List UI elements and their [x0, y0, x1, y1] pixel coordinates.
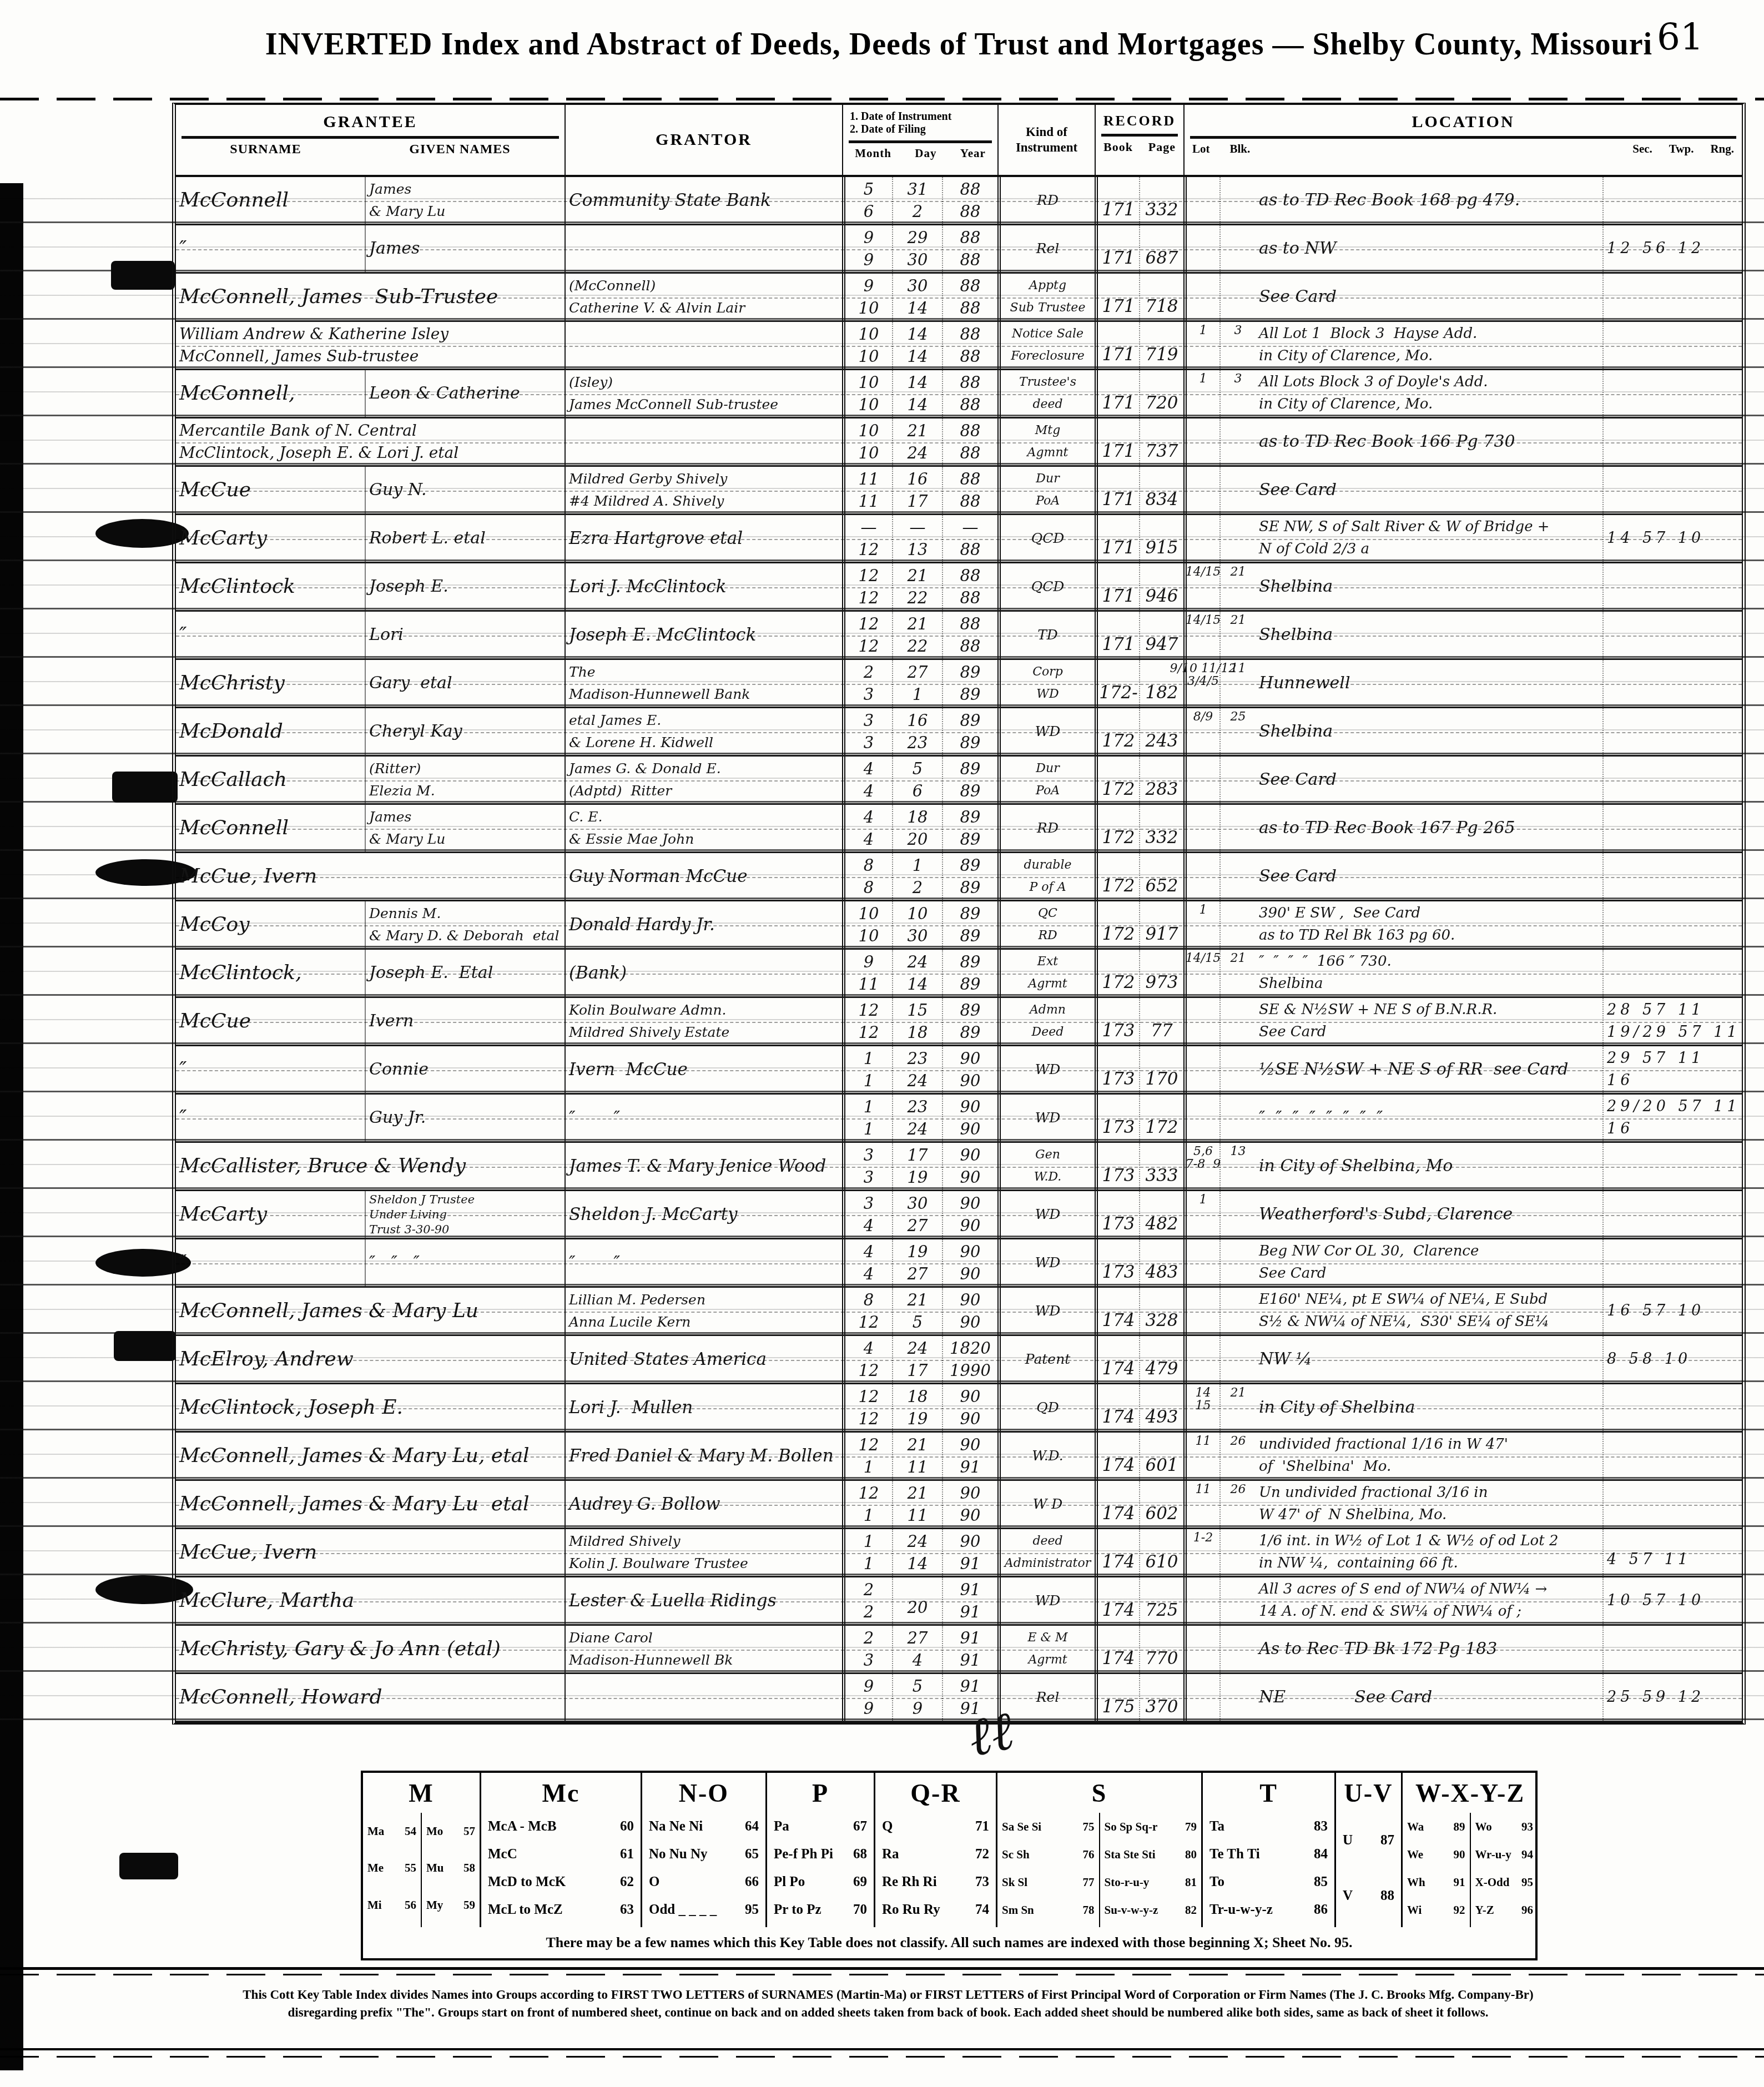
table-row: McClintock,Joseph E. Etal(Bank)911241489…: [176, 950, 1742, 998]
kind-line: Sub Trustee: [1010, 301, 1086, 314]
key-entry: U87: [1336, 1833, 1401, 1848]
key-entry-number: 92: [1454, 1903, 1465, 1917]
date-instrument-value: 21: [908, 1436, 928, 1454]
key-group-columns: U87V88: [1336, 1813, 1401, 1927]
location-line: undivided fractional 1/16 in W 47': [1259, 1437, 1599, 1453]
kind-of-instrument: QD: [997, 1384, 1095, 1431]
date-filing-value: 10: [859, 348, 879, 365]
kind-line: TD: [1037, 628, 1058, 643]
sec-twp-rng: 29 57 1116: [1602, 1046, 1750, 1093]
location-line: Un undivided fractional 3/16 in: [1259, 1485, 1599, 1501]
date-year: 8989: [942, 805, 997, 851]
key-entry: Me55: [363, 1861, 421, 1875]
grantor: Community State Bank: [565, 177, 842, 224]
key-entry-number: 68: [853, 1847, 867, 1862]
grantor-line: (Isley): [569, 375, 839, 390]
date-month: 121: [842, 1433, 892, 1479]
record-book: 173: [1095, 998, 1139, 1045]
date-year: —88: [942, 515, 997, 562]
blk: [1219, 757, 1256, 803]
kind-line: WD: [1035, 1207, 1061, 1222]
date-filing-value: 10: [859, 927, 879, 945]
blk: 3: [1219, 370, 1256, 417]
grantor: Ivern McCue: [565, 1046, 842, 1093]
date-day: 1414: [892, 370, 942, 417]
key-entry-label: Me: [367, 1861, 384, 1875]
key-entry: Ma54: [363, 1824, 421, 1838]
key-entry-number: 61: [620, 1847, 634, 1862]
record-page: 725: [1139, 1577, 1183, 1624]
date-filing-value: 2: [913, 879, 923, 896]
kind-line: W.D.: [1034, 1171, 1062, 1183]
grantee-line: McConnell, James & Mary Lu, etal: [179, 1445, 561, 1466]
key-entry: Na Ne Ni64: [642, 1819, 765, 1834]
date-filing-value: 1: [864, 1555, 874, 1572]
grantee-given-names: ″ ″ ″: [365, 1239, 565, 1286]
page-value: 333: [1145, 1167, 1178, 1185]
key-entry-number: 67: [853, 1819, 867, 1834]
grantee-surname: McCoy: [176, 901, 365, 948]
location-text: as to TD Rec Book 166 Pg 730: [1256, 419, 1602, 465]
kind-line: P of A: [1029, 881, 1066, 894]
date-filing-value: 10: [859, 396, 879, 414]
date-year: 8888: [942, 419, 997, 465]
page-value: 718: [1145, 298, 1178, 316]
grantor: TheMadison-Hunnewell Bank: [565, 660, 842, 707]
date-instrument-value: 27: [908, 664, 928, 681]
grantor: Fred Daniel & Mary M. Bollen: [565, 1433, 842, 1479]
key-entry-number: 74: [975, 1902, 989, 1918]
col-header-book: Book: [1103, 140, 1133, 154]
sec-twp-rng: 28 57 1119/29 57 11: [1602, 998, 1750, 1045]
date-instrument-value: 4: [864, 1340, 874, 1357]
lot-value: 14: [1196, 1387, 1211, 1399]
punch-hole-mark: [114, 1331, 176, 1361]
kind-line: Gen: [1035, 1148, 1060, 1161]
location-text: in City of Shelbina, Mo: [1256, 1143, 1602, 1189]
date-year: 8888: [942, 370, 997, 417]
blk-value: 25: [1231, 710, 1246, 723]
key-entry-label: Ta: [1209, 1819, 1224, 1834]
grantee-given-names: Gary etal: [365, 660, 565, 707]
date-instrument-value: 89: [960, 664, 981, 681]
sec-twp-rng: [1602, 1384, 1750, 1431]
grantor: etal James E.& Lorene H. Kidwell: [565, 708, 842, 755]
page-value: 947: [1145, 636, 1178, 654]
grantee-name: McClure, Martha: [176, 1577, 565, 1624]
key-column: Sa Se Si75Sc Sh76Sk Sl77Sm Sn78: [997, 1813, 1099, 1927]
record-book: 174: [1095, 1529, 1139, 1576]
page-value: 172: [1145, 1118, 1178, 1137]
date-filing-value: 90: [960, 1410, 981, 1428]
date-instrument-value: 9: [864, 1678, 874, 1695]
kind-of-instrument: Patent: [997, 1336, 1095, 1383]
book-value: 171: [1102, 491, 1135, 509]
date-filing-value: 4: [864, 1266, 874, 1283]
book-value: 173: [1102, 1118, 1135, 1137]
surname-text: McChristy: [179, 673, 361, 694]
sec-twp-rng: [1602, 177, 1750, 224]
date-filing-value: 91: [960, 1459, 981, 1476]
kind-line: Agrmt: [1028, 977, 1067, 990]
key-entry-number: 95: [1521, 1876, 1533, 1889]
lot: 5,67-8 9: [1183, 1143, 1219, 1189]
record-page: 770: [1139, 1626, 1183, 1672]
location-line: See Card: [1259, 1266, 1599, 1282]
key-group-u-v: U-VU87V88: [1334, 1773, 1401, 1927]
table-row: ″ConnieIvern McCue1123249090WD173170½SE …: [176, 1046, 1742, 1095]
grantee-surname: ″: [176, 1239, 365, 1286]
date-instrument-value: 90: [960, 1485, 981, 1502]
date-instrument-value: 30: [908, 1195, 928, 1212]
fine-print-line-1: This Cott Key Table Index divides Names …: [183, 1986, 1593, 2004]
blk: 13: [1219, 1143, 1256, 1189]
date-year: 9090: [942, 1481, 997, 1528]
key-entry-number: 57: [463, 1824, 475, 1838]
date-instrument-value: 10: [859, 326, 879, 343]
grantor-line: Lester & Luella Ridings: [569, 1592, 839, 1610]
date-month: 44: [842, 757, 892, 803]
date-filing-value: 30: [908, 927, 928, 945]
location-line: Shelbina: [1259, 976, 1599, 992]
lot-value: 11: [1196, 1435, 1211, 1448]
key-entry-label: McD to McK: [488, 1874, 566, 1890]
key-entry-label: Su-v-w-y-z: [1105, 1903, 1158, 1917]
lot: [1183, 805, 1219, 851]
key-entry-label: V: [1343, 1888, 1353, 1904]
date-filing-value: 11: [859, 976, 879, 993]
blk-value: 3: [1234, 372, 1242, 385]
date-filing-value: 90: [960, 1169, 981, 1186]
grantor: Donald Hardy Jr.: [565, 901, 842, 948]
date-year: 9090: [942, 1384, 997, 1431]
record-book: 172: [1095, 901, 1139, 948]
key-entry-number: 73: [975, 1874, 989, 1890]
date-filing-value: 14: [908, 396, 928, 414]
grantor-line: Donald Hardy Jr.: [569, 916, 839, 934]
grantee-surname: McClintock: [176, 563, 365, 610]
kind-of-instrument: CorpWD: [997, 660, 1095, 707]
table-row: McCue, IvernMildred ShivelyKolin J. Boul…: [176, 1529, 1742, 1577]
key-entry: Pl Po69: [767, 1874, 874, 1890]
record-book: 171: [1095, 612, 1139, 658]
location-line: as to TD Rec Book 168 pg 479.: [1259, 191, 1599, 209]
date-filing-value: 89: [960, 976, 981, 993]
blk: 11: [1219, 660, 1256, 707]
blk: [1219, 1336, 1256, 1383]
page-number: 61: [1657, 16, 1703, 58]
table-row: McCueIvernKolin Boulware Admn.Mildred Sh…: [176, 998, 1742, 1046]
date-year: 8989: [942, 853, 997, 900]
table-row: McCoyDennis M.& Mary D. & Deborah etalDo…: [176, 901, 1742, 950]
record-page: 370: [1139, 1674, 1183, 1721]
kind-of-instrument: WD: [997, 1191, 1095, 1238]
location-text: ″ ″ ″ ″ 166 ″ 730.Shelbina: [1256, 950, 1602, 996]
grantee-given-names: Lori: [365, 612, 565, 658]
table-row: McClintock, Joseph E.Lori J. Mullen12121…: [176, 1384, 1742, 1433]
grantor-line: Madison-Hunnewell Bk: [569, 1653, 839, 1668]
grantee-given-names: Leon & Catherine: [365, 370, 565, 417]
key-entry: McL to McZ63: [481, 1902, 641, 1918]
date-filing-value: 90: [960, 1507, 981, 1524]
blk-value: 21: [1231, 1387, 1246, 1399]
date-instrument-value: 90: [960, 1436, 981, 1454]
key-column: Pa67Pe-f Ph Pi68Pl Po69Pr to Pz70: [767, 1813, 874, 1927]
location-text: E160' NE¼, pt E SW¼ of NE¼, E SubdS½ & N…: [1256, 1288, 1602, 1334]
key-entry-number: 86: [1314, 1902, 1328, 1918]
grantee-name: McChristy, Gary & Jo Ann (etal): [176, 1626, 565, 1672]
kind-of-instrument: WD: [997, 708, 1095, 755]
location-line: as to TD Rec Book 166 Pg 730: [1259, 433, 1599, 451]
key-entry-number: 60: [620, 1819, 634, 1834]
date-filing-value: 3: [864, 686, 874, 703]
page-value: 610: [1145, 1553, 1178, 1571]
record-page: 719: [1139, 322, 1183, 369]
page-value: 77: [1151, 1022, 1172, 1040]
key-entry-label: Sm Sn: [1002, 1903, 1034, 1917]
key-entry: Ra72: [875, 1847, 996, 1862]
date-filing-value: 11: [908, 1459, 928, 1476]
location-line: As to Rec TD Bk 172 Pg 183: [1259, 1640, 1599, 1658]
record-book: 173: [1095, 1191, 1139, 1238]
kind-line: Mtg: [1035, 424, 1060, 437]
grantee-line: McClure, Martha: [179, 1590, 561, 1611]
col-header-month: Month: [855, 147, 891, 160]
divider: [1190, 136, 1736, 139]
key-column: Mo57Mu58My59: [421, 1813, 480, 1927]
date-instrument-value: 88: [960, 326, 981, 343]
date-filing-value: 12: [859, 638, 879, 655]
date-day: 215: [892, 1288, 942, 1334]
key-column: Wo93Wr-u-y94X-Odd95Y-Z96: [1470, 1813, 1538, 1927]
grantee-surname: McCallach: [176, 757, 365, 803]
location-line: NW ¼: [1259, 1350, 1599, 1368]
col-header-twp: Twp.: [1669, 142, 1694, 156]
lot: 1: [1183, 322, 1219, 369]
key-entry-label: Ro Ru Ry: [882, 1902, 940, 1918]
location-text: Shelbina: [1256, 708, 1602, 755]
surname-text: McClintock: [179, 576, 361, 597]
record-book: 175: [1095, 1674, 1139, 1721]
record-page: 283: [1139, 757, 1183, 803]
location-line: 390' E SW , See Card: [1259, 906, 1599, 921]
date-instrument-value: 12: [859, 567, 879, 584]
date-day: 1518: [892, 998, 942, 1045]
date-month: 11: [842, 1095, 892, 1141]
date-instrument-value: —: [910, 519, 926, 536]
table-row: William Andrew & Katherine IsleyMcConnel…: [176, 322, 1742, 370]
record-page: 172: [1139, 1095, 1183, 1141]
record-page: 946: [1139, 563, 1183, 610]
key-entry-label: Mo: [426, 1824, 443, 1838]
date-instrument-value: 17: [908, 1147, 928, 1164]
record-page: 737: [1139, 419, 1183, 465]
lot: [1183, 998, 1219, 1045]
kind-line: Administrator: [1005, 1557, 1091, 1570]
record-page: 170: [1139, 1046, 1183, 1093]
date-day: 1819: [892, 1384, 942, 1431]
grantor: Diane CarolMadison-Hunnewell Bk: [565, 1626, 842, 1672]
key-entry-number: 54: [405, 1824, 416, 1838]
grantee-name: McConnell, Howard: [176, 1674, 565, 1721]
sec-twp-rng: [1602, 322, 1750, 369]
location-line: S½ & NW¼ of NE¼, S30' SE¼ of SE¼: [1259, 1314, 1599, 1330]
book-value: 173: [1102, 1263, 1135, 1282]
date-month: 34: [842, 1191, 892, 1238]
lot: [1183, 1626, 1219, 1672]
grantor: ″ ″: [565, 1239, 842, 1286]
given-name-line: Joseph E.: [369, 578, 561, 596]
key-group-columns: Ta83Te Th Ti84To85Tr-u-w-y-z86: [1203, 1813, 1334, 1927]
sec-twp-rng-value: 28 57 11: [1607, 1002, 1705, 1019]
date-day: 56: [892, 757, 942, 803]
grantee-line: McCallister, Bruce & Wendy: [179, 1156, 561, 1177]
date-instrument-value: 19: [908, 1243, 928, 1261]
divider: [849, 140, 992, 143]
key-entry: My59: [422, 1898, 480, 1912]
record-header-group: RECORD Book Page: [1095, 105, 1183, 175]
date-year: 9191: [942, 1577, 997, 1624]
grantee-surname: McConnell: [176, 177, 365, 224]
date-day: 1927: [892, 1239, 942, 1286]
grantor-line: etal James E.: [569, 713, 839, 728]
date-instrument-value: 89: [960, 809, 981, 826]
grantor: Mildred Gerby Shively#4 Mildred A. Shive…: [565, 467, 842, 513]
grantee-surname: McDonald: [176, 708, 365, 755]
date-day: 2122: [892, 563, 942, 610]
key-entry-label: Mu: [426, 1861, 444, 1875]
key-entry-label: Pa: [774, 1819, 789, 1834]
grantor: Ezra Hartgrove etal: [565, 515, 842, 562]
date-filing-value: 88: [960, 251, 981, 269]
location-line: E160' NE¼, pt E SW¼ of NE¼, E Subd: [1259, 1292, 1599, 1308]
key-entry-label: McA - McB: [488, 1819, 557, 1834]
date-filing-value: 27: [908, 1266, 928, 1283]
kind-of-instrument: W.D.: [997, 1433, 1095, 1479]
date-instrument-value: 21: [908, 567, 928, 584]
kind-of-instrument: E & MAgrmt: [997, 1626, 1095, 1672]
book-value: 174: [1102, 1408, 1135, 1426]
grantor: Mildred ShivelyKolin J. Boulware Trustee: [565, 1529, 842, 1576]
sec-twp-rng: [1602, 660, 1750, 707]
sec-twp-rng-value: 29/20 57 11: [1607, 1099, 1741, 1115]
kind-line: E & M: [1027, 1631, 1067, 1644]
lot: 8/9: [1183, 708, 1219, 755]
grantee-given-names: Sheldon J TrusteeUnder LivingTrust 3-30-…: [365, 1191, 565, 1238]
surname-text: ″: [179, 1252, 361, 1273]
key-entry-label: Q: [882, 1819, 893, 1834]
kind-line: Admn: [1030, 1004, 1066, 1016]
key-entry-label: Pl Po: [774, 1874, 805, 1890]
kind-line: WD: [1035, 724, 1061, 739]
given-name-line: Under Living: [369, 1208, 561, 1221]
date-month: 1010: [842, 901, 892, 948]
divider: [0, 1967, 1764, 1970]
date-filing-value: 91: [960, 1555, 981, 1572]
key-entry: McC61: [481, 1847, 641, 1862]
date-day: 3027: [892, 1191, 942, 1238]
date-instrument-value: 5: [913, 760, 923, 778]
grantor-line: (Adptd) Ritter: [569, 784, 839, 799]
date-instrument-value: 1: [864, 1098, 874, 1116]
sec-twp-rng-value: 10 57 10: [1607, 1593, 1705, 1609]
sec-twp-rng: [1602, 757, 1750, 803]
record-book: 171: [1095, 225, 1139, 272]
lot-value: 5,6: [1193, 1145, 1213, 1158]
date-month: 88: [842, 853, 892, 900]
date-instrument-value: 88: [960, 229, 981, 246]
blk: [1219, 1239, 1256, 1286]
date-day: 59: [892, 1674, 942, 1721]
date-filing-value: 24: [908, 1072, 928, 1090]
date-filing-value: 90: [960, 1217, 981, 1234]
date-filing-value: 4: [864, 783, 874, 800]
location-line: ½SE N½SW + NE S of RR see Card: [1259, 1061, 1599, 1078]
record-page: 332: [1139, 177, 1183, 224]
date-filing-value: 88: [960, 493, 981, 510]
record-book: 171: [1095, 563, 1139, 610]
date-filing-value: 4: [913, 1652, 923, 1669]
date-filing-value: 12: [859, 541, 879, 558]
key-group-header: U-V: [1336, 1773, 1401, 1813]
date-filing-value: 27: [908, 1217, 928, 1234]
col-header-blk: Blk.: [1230, 142, 1251, 156]
given-name-line: Sheldon J Trustee: [369, 1193, 561, 1206]
date-instrument-value: 90: [960, 1147, 981, 1164]
grantor: Lillian M. PedersenAnna Lucile Kern: [565, 1288, 842, 1334]
kind-of-instrument: ExtAgrmt: [997, 950, 1095, 996]
date-filing-value: 91: [960, 1652, 981, 1669]
col-header-year: Year: [960, 147, 986, 160]
key-entry-number: 76: [1083, 1848, 1095, 1862]
key-entry-number: 82: [1185, 1903, 1197, 1917]
grantor: Lester & Luella Ridings: [565, 1577, 842, 1624]
record-book: 173: [1095, 1095, 1139, 1141]
record-book: 171: [1095, 419, 1139, 465]
key-entry: Pr to Pz70: [767, 1902, 874, 1918]
page-value: 182: [1145, 684, 1178, 702]
lot-value: 1: [1199, 324, 1207, 337]
grantor-line: Kolin Boulware Admn.: [569, 1003, 839, 1018]
date-filing-value: 11: [859, 493, 879, 510]
blk: 26: [1219, 1481, 1256, 1528]
date-filing-value: 3: [864, 1169, 874, 1186]
grantor-line: Audrey G. Bollow: [569, 1495, 839, 1514]
key-entry: Tr-u-w-y-z86: [1203, 1902, 1334, 1918]
key-entry: Wi92: [1403, 1903, 1470, 1917]
key-group-header: M: [363, 1773, 480, 1813]
lot: [1183, 1095, 1219, 1141]
key-entry-label: Sa Se Si: [1002, 1820, 1041, 1834]
kind-of-instrument: QCD: [997, 563, 1095, 610]
book-value: 174: [1102, 1456, 1135, 1475]
kind-of-instrument: DurPoA: [997, 757, 1095, 803]
date-month: 11: [842, 1046, 892, 1093]
key-entry-label: Te Th Ti: [1209, 1847, 1260, 1862]
sec-twp-rng: 4 57 11: [1602, 1529, 1750, 1576]
date-month: 23: [842, 1626, 892, 1672]
key-entry: Ro Ru Ry74: [875, 1902, 996, 1918]
blk-value: 21: [1231, 566, 1246, 578]
key-entry: Y-Z96: [1471, 1903, 1538, 1917]
record-page: 333: [1139, 1143, 1183, 1189]
book-value: 174: [1102, 1601, 1135, 1620]
blk: 21: [1219, 612, 1256, 658]
record-book: 174: [1095, 1336, 1139, 1383]
key-entry-number: 55: [405, 1861, 416, 1875]
location-line: All Lots Block 3 of Doyle's Add.: [1259, 375, 1599, 390]
key-entry: Wh91: [1403, 1876, 1470, 1889]
